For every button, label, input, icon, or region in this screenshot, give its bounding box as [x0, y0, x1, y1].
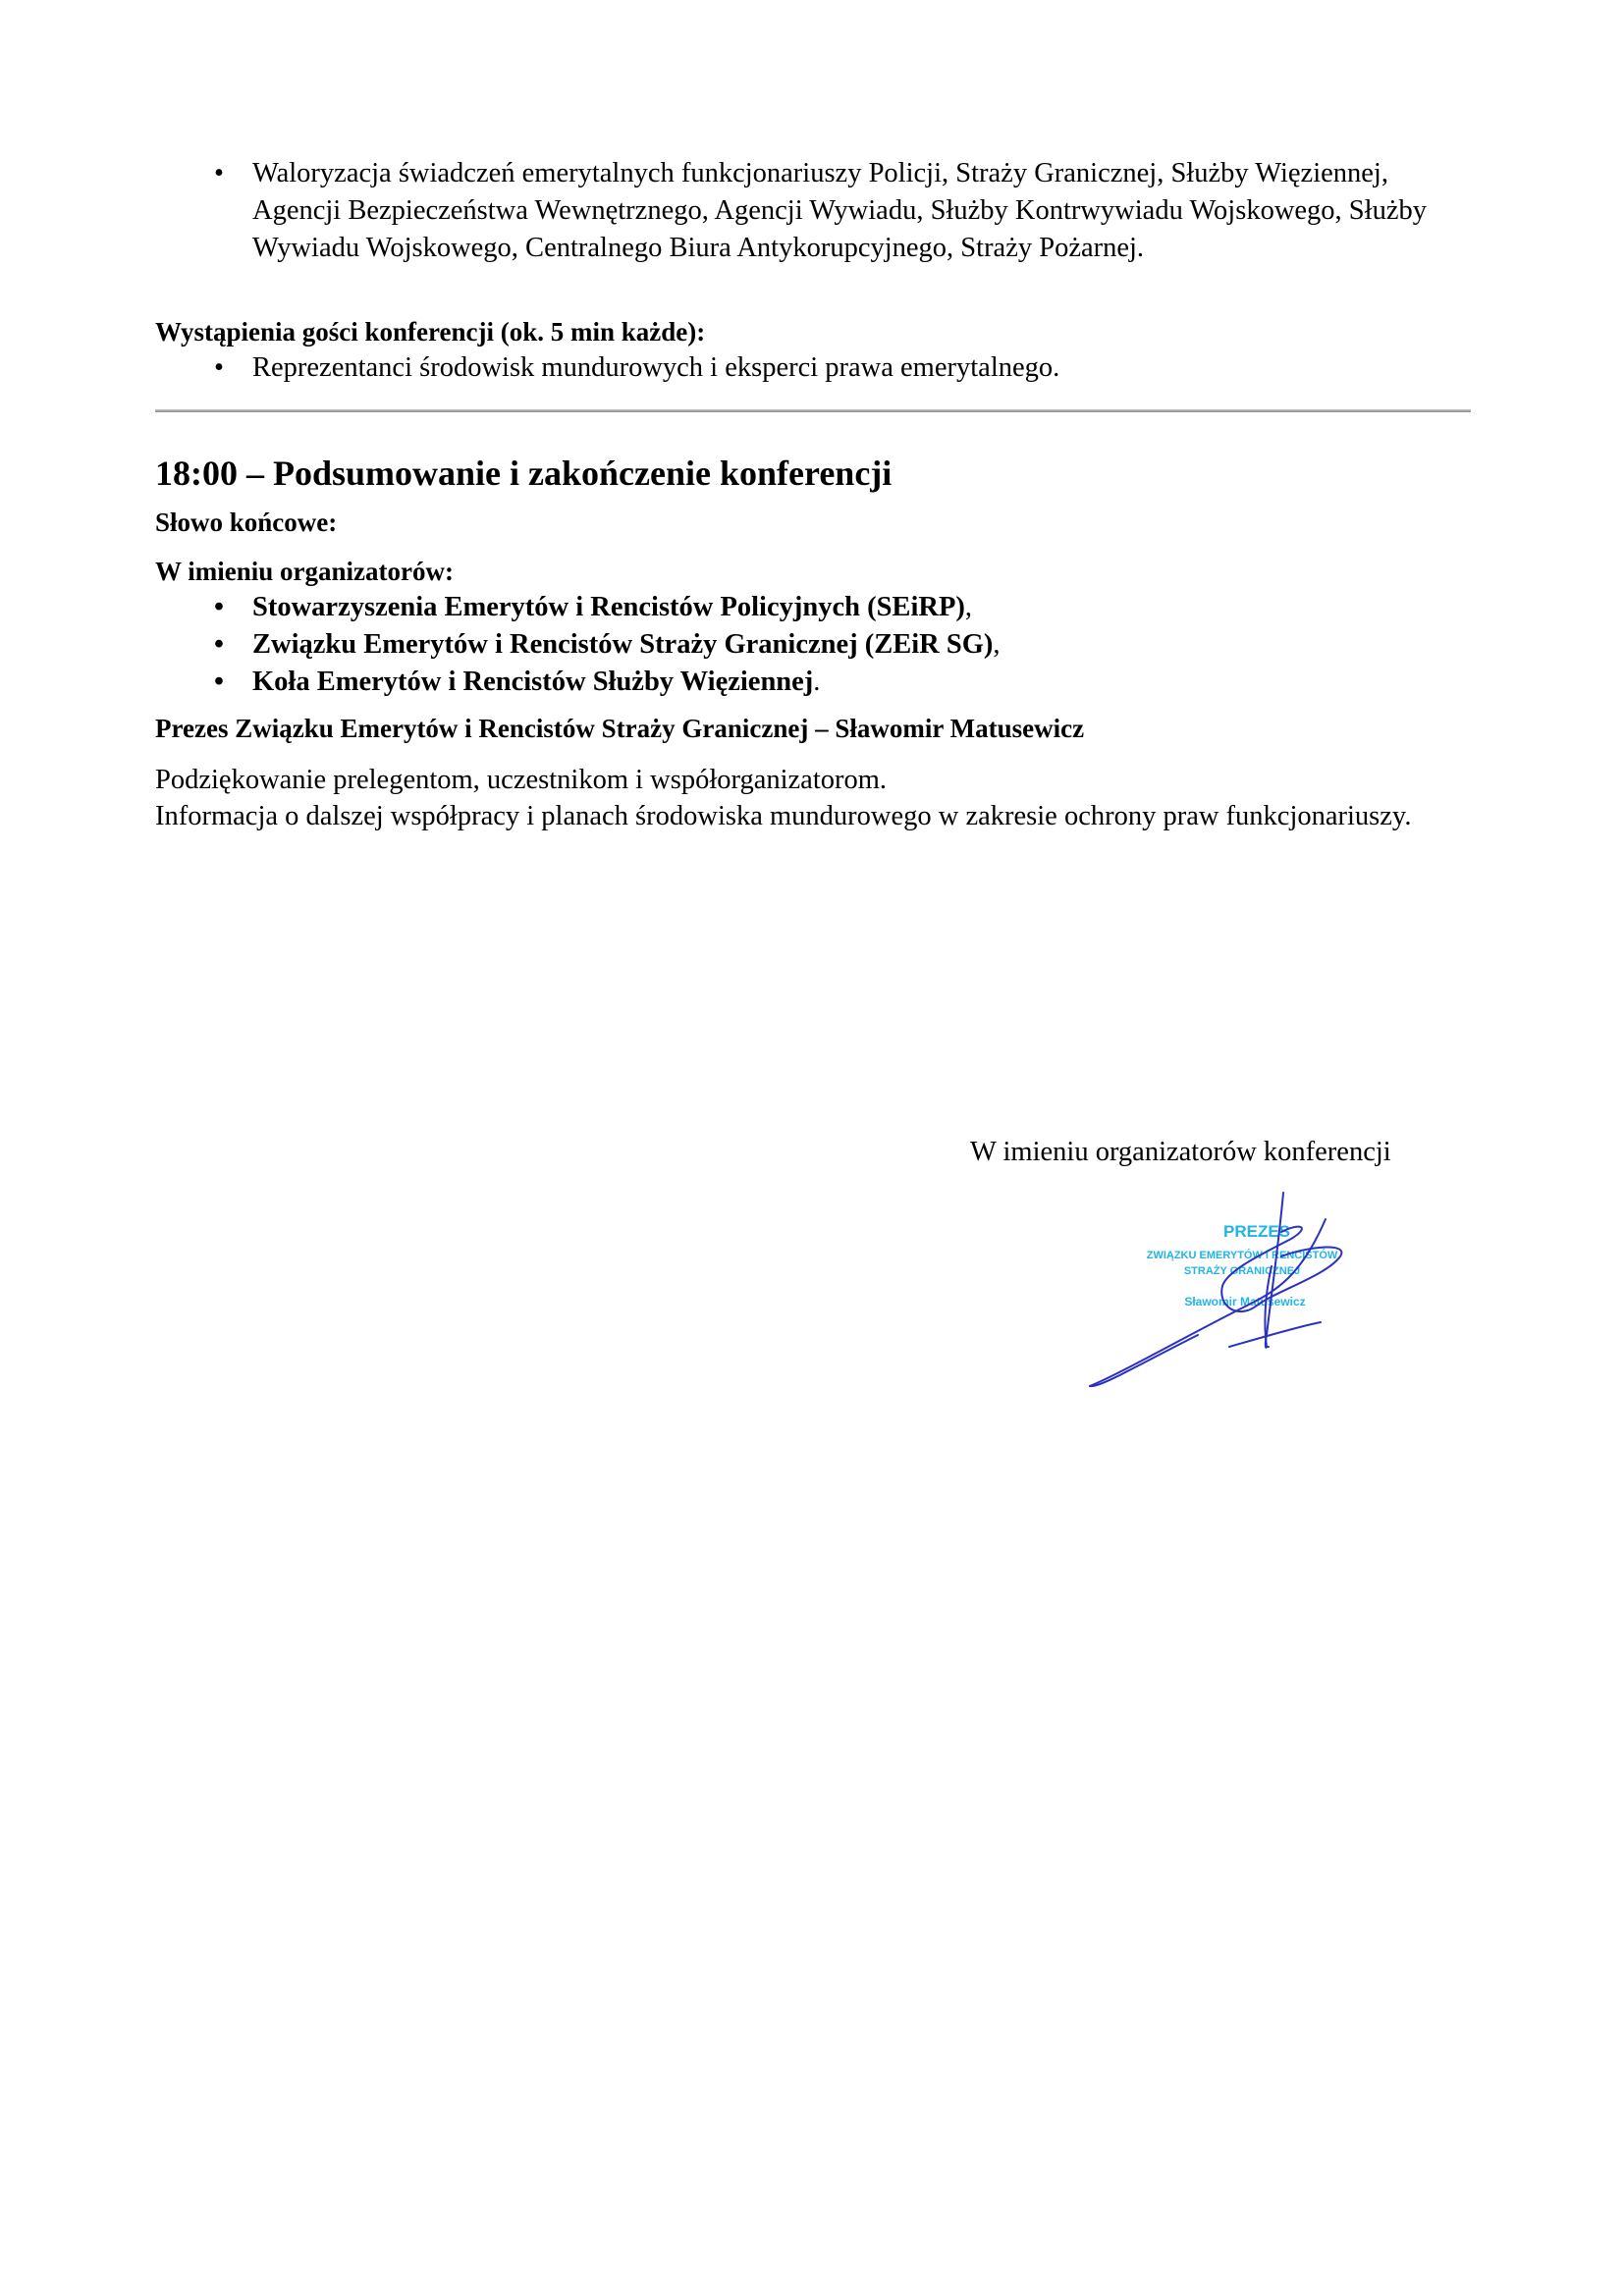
punctuation: , — [993, 629, 1000, 660]
document-page: Waloryzacja świadczeń emerytalnych funkc… — [155, 155, 1471, 834]
signature-stamp: PREZES ZWIĄZKU EMERYTÓW I RENCISTÓW STRA… — [1080, 1178, 1414, 1414]
signoff-text: W imieniu organizatorów konferencji — [970, 1135, 1391, 1170]
list-item: Reprezentanci środowisk mundurowych i ek… — [155, 349, 1471, 387]
guests-heading: Wystąpienia gości konferencji (ok. 5 min… — [155, 314, 1471, 349]
info-text: Informacja o dalszej współpracy i planac… — [155, 798, 1471, 834]
valorization-list: Waloryzacja świadczeń emerytalnych funkc… — [155, 155, 1471, 267]
list-item: Koła Emerytów i Rencistów Służby Więzien… — [155, 664, 1471, 701]
thanks-text: Podziękowanie prelegentom, uczestnikom i… — [155, 762, 1471, 798]
closing-paragraph: Podziękowanie prelegentom, uczestnikom i… — [155, 762, 1471, 834]
final-word-label: Słowo końcowe: — [155, 505, 1471, 540]
signature-icon — [1090, 1193, 1341, 1386]
organizer-name: Związku Emerytów i Rencistów Straży Gran… — [252, 629, 993, 660]
organizer-name: Stowarzyszenia Emerytów i Rencistów Poli… — [252, 592, 965, 622]
horizontal-divider — [155, 409, 1471, 412]
president-line: Prezes Związku Emerytów i Rencistów Stra… — [155, 711, 1471, 746]
punctuation: , — [965, 592, 972, 622]
punctuation: . — [813, 667, 820, 697]
on-behalf-label: W imieniu organizatorów: — [155, 554, 1471, 589]
organizer-name: Koła Emerytów i Rencistów Służby Więzien… — [252, 667, 813, 697]
list-item: Waloryzacja świadczeń emerytalnych funkc… — [155, 155, 1471, 267]
organizers-list: Stowarzyszenia Emerytów i Rencistów Poli… — [155, 589, 1471, 701]
section-heading: 18:00 – Podsumowanie i zakończenie konfe… — [155, 452, 1471, 495]
guests-list: Reprezentanci środowisk mundurowych i ek… — [155, 349, 1471, 387]
list-item: Stowarzyszenia Emerytów i Rencistów Poli… — [155, 589, 1471, 626]
list-item: Związku Emerytów i Rencistów Straży Gran… — [155, 626, 1471, 664]
